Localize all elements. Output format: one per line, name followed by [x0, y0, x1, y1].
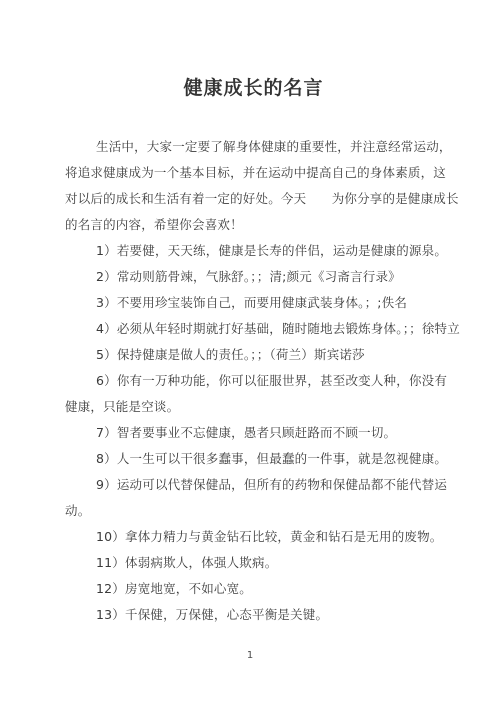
quote-line: 1）若要健，天天练，健康是长寿的伴侣，运动是健康的源泉。: [65, 238, 442, 264]
quote-line: 11）体弱病欺人，体强人欺病。: [65, 550, 442, 576]
page-number: 1: [0, 649, 500, 663]
quote-item: 2）常动则筋骨竦，气脉舒。；；清;颜元《习斋言行录》: [65, 264, 442, 290]
quote-line: 动。: [65, 498, 442, 524]
intro-line: 对以后的成长和生活有着一定的好处。今天 为你分享的是健康成长: [65, 186, 442, 212]
quote-line: 健康，只能是空谈。: [65, 394, 442, 420]
quote-item: 4）必须从年轻时期就打好基础，随时随地去锻炼身体。；；徐特立: [65, 316, 442, 342]
quote-item: 10）拿体力精力与黄金钻石比较，黄金和钻石是无用的废物。: [65, 524, 442, 550]
page-title: 健康成长的名言: [65, 77, 442, 99]
quote-line: 9）运动可以代替保健品，但所有的药物和保健品都不能代替运: [65, 472, 442, 498]
intro-paragraph: 生活中，大家一定要了解身体健康的重要性，并注意经常运动， 将追求健康成为一个基本…: [65, 134, 442, 238]
quote-line: 5）保持健康是做人的责任。；；（荷兰）斯宾诺莎: [65, 342, 442, 368]
intro-line: 生活中，大家一定要了解身体健康的重要性，并注意经常运动，: [65, 134, 442, 160]
quote-item: 13）千保健，万保健，心态平衡是关键。: [65, 602, 442, 628]
quote-item: 12）房宽地宽，不如心宽。: [65, 576, 442, 602]
quote-line: 8）人一生可以干很多蠢事，但最蠢的一件事，就是忽视健康。: [65, 446, 442, 472]
document-page: 健康成长的名言 生活中，大家一定要了解身体健康的重要性，并注意经常运动， 将追求…: [0, 0, 500, 708]
intro-line: 将追求健康成为一个基本目标，并在运动中提高自己的身体素质，这: [65, 160, 442, 186]
quote-line: 7）智者要事业不忘健康，愚者只顾赶路而不顾一切。: [65, 420, 442, 446]
quote-line: 10）拿体力精力与黄金钻石比较，黄金和钻石是无用的废物。: [65, 524, 442, 550]
quote-item: 1）若要健，天天练，健康是长寿的伴侣，运动是健康的源泉。: [65, 238, 442, 264]
quote-item: 5）保持健康是做人的责任。；；（荷兰）斯宾诺莎: [65, 342, 442, 368]
quotes-list: 1）若要健，天天练，健康是长寿的伴侣，运动是健康的源泉。 2）常动则筋骨竦，气脉…: [65, 238, 442, 628]
quote-item: 7）智者要事业不忘健康，愚者只顾赶路而不顾一切。: [65, 420, 442, 446]
quote-line: 4）必须从年轻时期就打好基础，随时随地去锻炼身体。；；徐特立: [65, 316, 442, 342]
quote-item: 9）运动可以代替保健品，但所有的药物和保健品都不能代替运 动。: [65, 472, 442, 524]
quote-line: 3）不要用珍宝装饰自己，而要用健康武装身体。；;佚名: [65, 290, 442, 316]
quote-line: 2）常动则筋骨竦，气脉舒。；；清;颜元《习斋言行录》: [65, 264, 442, 290]
quote-item: 6）你有一万种功能，你可以征服世界，甚至改变人种，你没有 健康，只能是空谈。: [65, 368, 442, 420]
quote-item: 8）人一生可以干很多蠢事，但最蠢的一件事，就是忽视健康。: [65, 446, 442, 472]
quote-line: 13）千保健，万保健，心态平衡是关键。: [65, 602, 442, 628]
quote-item: 3）不要用珍宝装饰自己，而要用健康武装身体。；;佚名: [65, 290, 442, 316]
quote-line: 6）你有一万种功能，你可以征服世界，甚至改变人种，你没有: [65, 368, 442, 394]
quote-line: 12）房宽地宽，不如心宽。: [65, 576, 442, 602]
quote-item: 11）体弱病欺人，体强人欺病。: [65, 550, 442, 576]
intro-line: 的名言的内容，希望你会喜欢！: [65, 212, 442, 238]
